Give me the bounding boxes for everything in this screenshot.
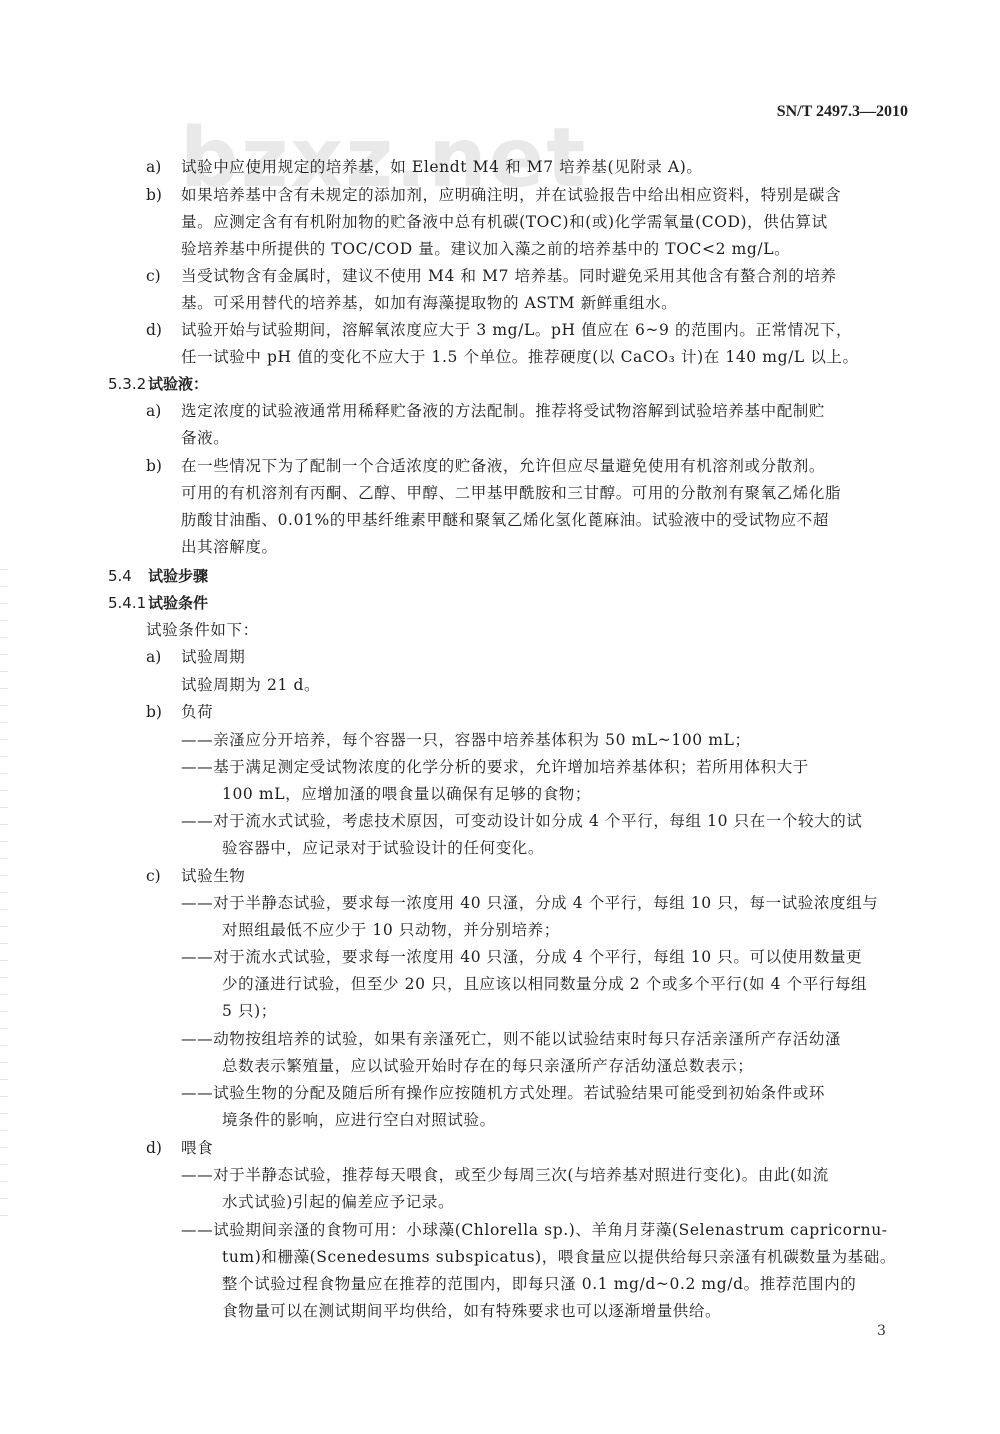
item-title: 负荷 — [181, 702, 213, 722]
item-label: b) — [146, 185, 162, 205]
section-heading-5-3-2: 5.3.2试验液： — [108, 374, 208, 394]
dash-line: ——对于半静态试验，推荐每天喂食，或至少每周三次(与培养基对照进行变化)。由此(… — [181, 1165, 829, 1185]
dash-line-cont: 食物量可以在测试期间平均供给，如有特殊要求也可以逐渐增量供给。 — [222, 1301, 721, 1321]
paragraph-line: 验培养基中所提供的 TOC/COD 量。建议加入藻之前的培养基中的 TOC<2 … — [181, 239, 790, 259]
dash-line-cont: 整个试验过程食物量应在推荐的范围内，即每只溞 0.1 mg/d~0.2 mg/d… — [222, 1274, 856, 1294]
paragraph-line: 肪酸甘油酯、0.01%的甲基纤维素甲醚和聚氧乙烯化氢化蓖麻油。试验液中的受试物应… — [181, 510, 829, 530]
dash-line: ——对于流水式试验，考虑技术原因，可变动设计如分成 4 个平行，每组 10 只在… — [181, 811, 862, 831]
dash-line-cont: 5 只)； — [222, 1001, 277, 1021]
dash-line-cont: 100 mL，应增加溞的喂食量以确保有足够的食物； — [222, 784, 591, 804]
paragraph-line: 选定浓度的试验液通常用稀释贮备液的方法配制。推荐将受试物溶解到试验培养基中配制贮 — [181, 401, 825, 421]
item-label: d) — [146, 320, 162, 340]
paragraph-line: 量。应测定含有有机附加物的贮备液中总有机碳(TOC)和(或)化学需氧量(COD)… — [181, 212, 828, 232]
section-heading-5-4-1: 5.4.1试验条件 — [108, 593, 208, 613]
dash-line-cont: 验容器中，应记录对于试验设计的任何变化。 — [222, 838, 544, 858]
paragraph-line: 出其溶解度。 — [181, 537, 278, 557]
paragraph-line: 可用的有机溶剂有丙酮、乙醇、甲醇、二甲基甲酰胺和三甘醇。可用的分散剂有聚氧乙烯化… — [181, 483, 841, 503]
paragraph-line: 备液。 — [181, 428, 229, 448]
item-label: c) — [146, 266, 161, 286]
dash-line-cont: 境条件的影响，应进行空白对照试验。 — [222, 1110, 496, 1130]
paragraph-line: 任一试验中 pH 值的变化不应大于 1.5 个单位。推荐硬度(以 CaCO₃ 计… — [181, 347, 859, 367]
item-label: c) — [146, 866, 161, 886]
dash-line-cont: tum)和栅藻(Scenedesums subspicatus)，喂食量应以提供… — [222, 1247, 896, 1267]
document-page: bzxz.net SN/T 2497.3—2010 a) 试验中应使用规定的培养… — [0, 0, 1000, 1434]
item-label: a) — [146, 157, 161, 177]
dash-line-cont: 少的溞进行试验，但至少 20 只，且应该以相同数量分成 2 个或多个平行(如 4… — [222, 974, 867, 994]
dash-line: ——试验期间亲溞的食物可用：小球藻(Chlorella sp.)、羊角月芽藻(S… — [181, 1220, 888, 1240]
dash-line: ——对于流水式试验，要求每一浓度用 40 只溞，分成 4 个平行，每组 10 只… — [181, 947, 862, 967]
dash-line: ——动物按组培养的试验，如果有亲溞死亡，则不能以试验结束时每只存活亲溞所产存活幼… — [181, 1029, 841, 1049]
page-number: 3 — [877, 1323, 886, 1339]
item-label: a) — [146, 647, 161, 667]
dash-line: ——基于满足测定受试物浓度的化学分析的要求，允许增加培养基体积；若所用体积大于 — [181, 757, 809, 777]
standard-code-header: SN/T 2497.3—2010 — [777, 103, 908, 121]
intro-line: 试验条件如下： — [146, 620, 259, 640]
item-label: b) — [146, 456, 162, 476]
section-heading-5-4: 5.4试验步骤 — [108, 566, 208, 586]
paragraph-line: 试验周期为 21 d。 — [181, 675, 320, 695]
dash-line: ——亲溞应分开培养，每个容器一只，容器中培养基体积为 50 mL~100 mL； — [181, 730, 751, 750]
dash-line: ——试验生物的分配及随后所有操作应按随机方式处理。若试验结果可能受到初始条件或环 — [181, 1083, 825, 1103]
paragraph-line: 试验开始与试验期间，溶解氧浓度应大于 3 mg/L。pH 值应在 6~9 的范围… — [181, 320, 852, 340]
paragraph-line: 当受试物含有金属时，建议不使用 M4 和 M7 培养基。同时避免采用其他含有螯合… — [181, 266, 837, 286]
item-label: b) — [146, 702, 162, 722]
scan-edge-artifact — [0, 560, 8, 1220]
item-title: 喂食 — [181, 1138, 213, 1158]
item-title: 试验周期 — [181, 647, 245, 667]
item-title: 试验生物 — [181, 866, 245, 886]
paragraph-line: 在一些情况下为了配制一个合适浓度的贮备液，允许但应尽量避免使用有机溶剂或分散剂。 — [181, 456, 825, 476]
item-label: d) — [146, 1138, 162, 1158]
dash-line-cont: 水式试验)引起的偏差应予记录。 — [222, 1192, 454, 1212]
paragraph-line: 基。可采用替代的培养基，如加有海藻提取物的 ASTM 新鲜重组水。 — [181, 293, 677, 313]
paragraph-line: 如果培养基中含有未规定的添加剂，应明确注明，并在试验报告中给出相应资料，特别是碳… — [181, 185, 841, 205]
dash-line: ——对于半静态试验，要求每一浓度用 40 只溞，分成 4 个平行，每组 10 只… — [181, 893, 878, 913]
dash-line-cont: 总数表示繁殖量，应以试验开始时存在的每只亲溞所产存活幼溞总数表示； — [222, 1056, 753, 1076]
item-label: a) — [146, 401, 161, 421]
paragraph-line: 试验中应使用规定的培养基，如 Elendt M4 和 M7 培养基(见附录 A)… — [181, 157, 703, 177]
dash-line-cont: 对照组最低不应少于 10 只动物，并分别培养； — [222, 920, 560, 940]
